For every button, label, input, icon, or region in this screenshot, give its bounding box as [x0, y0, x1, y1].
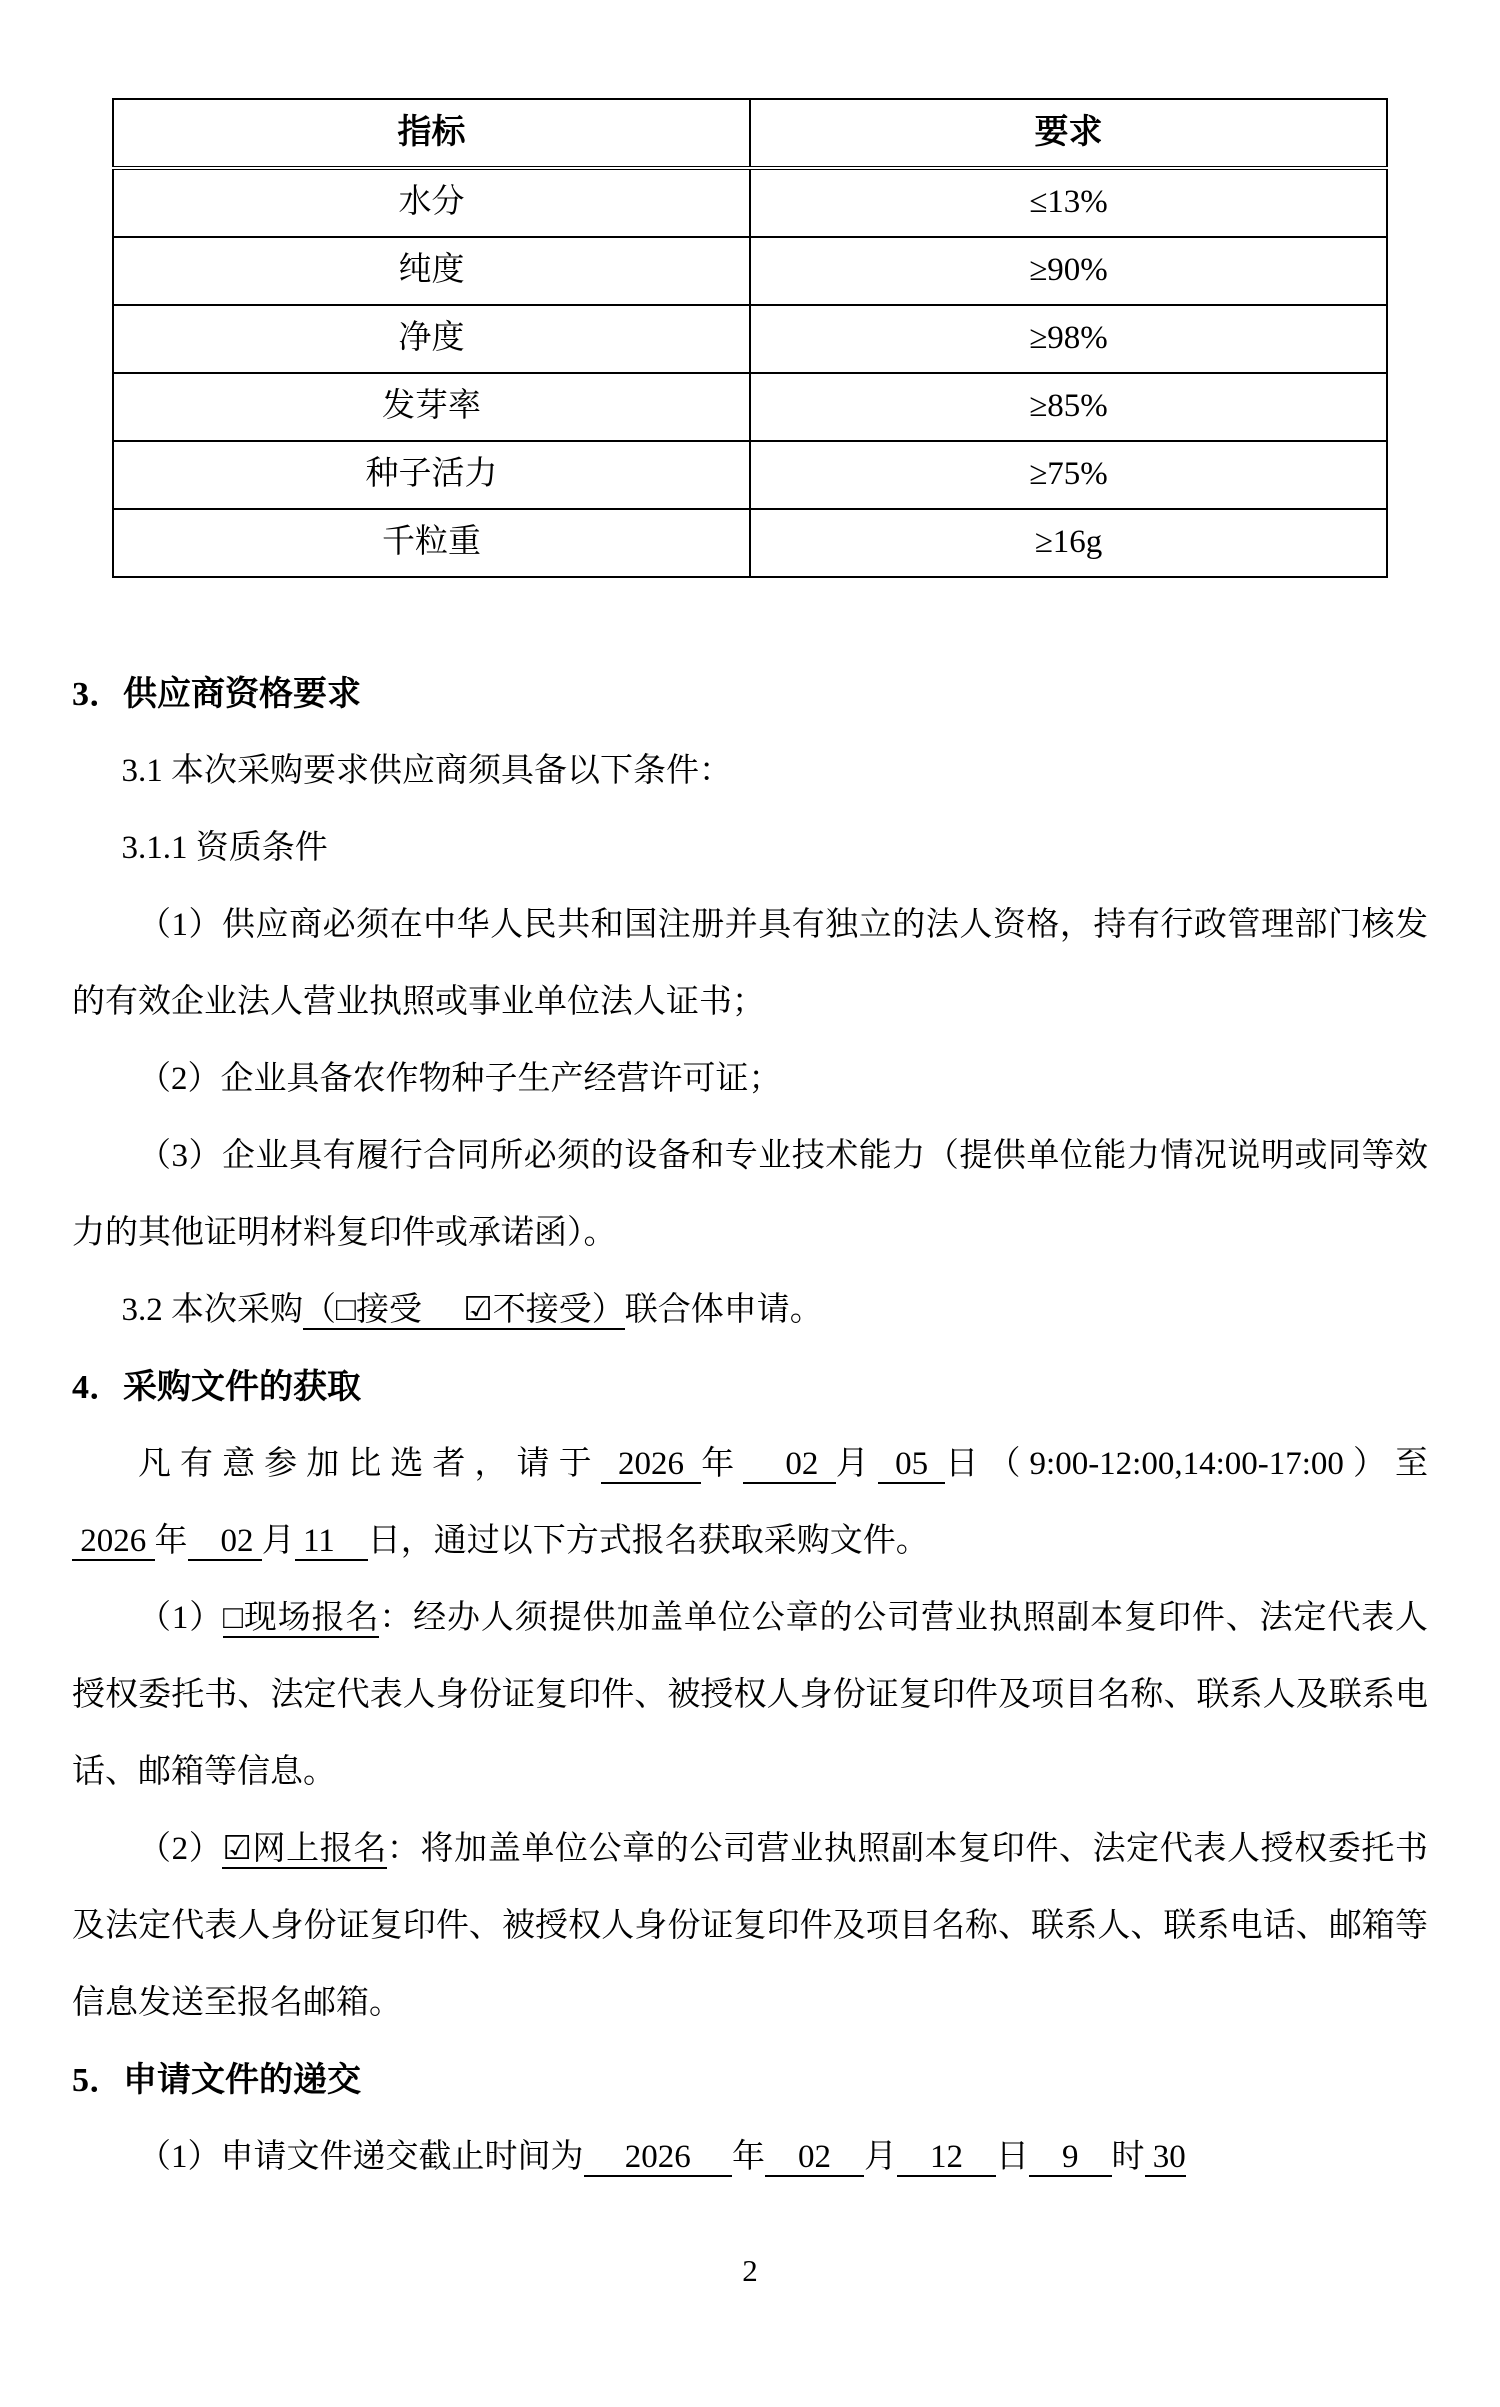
text-run: 月 — [864, 2139, 897, 2175]
spec-name-cell: 纯度 — [113, 237, 750, 305]
header-indicator: 指标 — [113, 99, 750, 168]
checkbox-checked-icon: ☑ — [463, 1292, 493, 1328]
blank-year-end: 2026 — [72, 1523, 155, 1561]
document-page: 指标 要求 水分 ≤13% 纯度 ≥90% 净度 ≥98% 发芽率 ≥85% 种… — [0, 0, 1500, 2407]
online-registration-underline: ☑网上报名 — [222, 1831, 387, 1869]
blank-deadline-day: 12 — [897, 2139, 996, 2177]
table-header-row: 指标 要求 — [113, 99, 1387, 168]
spec-name-cell: 种子活力 — [113, 441, 750, 509]
table-row: 纯度 ≥90% — [113, 237, 1387, 305]
section-3-heading: 3．供应商资格要求 — [72, 656, 1428, 733]
text-run: 月 — [262, 1523, 295, 1559]
spec-name-cell: 净度 — [113, 305, 750, 373]
text-run: 年 — [701, 1446, 743, 1482]
checkbox-unchecked-icon: □ — [336, 1292, 356, 1328]
spec-name-cell: 水分 — [113, 168, 750, 237]
para-3-1-item3: （3）企业具有履行合同所必须的设备和专业技术能力（提供单位能力情况说明或同等效力… — [72, 1118, 1428, 1272]
text-run: 日，通过以下方式报名获取采购文件。 — [368, 1523, 929, 1559]
blank-deadline-month: 02 — [765, 2139, 864, 2177]
text-run: 年 — [732, 2139, 765, 2175]
joint-bid-choice-underline: （□接受 ☑不接受） — [303, 1292, 625, 1330]
section-4-heading: 4．采购文件的获取 — [72, 1349, 1428, 1426]
para-3-1-1: 3.1.1 资质条件 — [72, 810, 1428, 887]
section-5-heading: 5．申请文件的递交 — [72, 2042, 1428, 2119]
text-run: （1）申请文件递交截止时间为 — [138, 2139, 584, 2175]
blank-year-start: 2026 — [601, 1446, 702, 1484]
blank-deadline-minute: 30 — [1145, 2139, 1186, 2177]
table-row: 水分 ≤13% — [113, 168, 1387, 237]
open-paren: （ — [303, 1292, 336, 1328]
spec-value-cell: ≥85% — [750, 373, 1387, 441]
header-requirement: 要求 — [750, 99, 1387, 168]
close-paren: ） — [592, 1292, 625, 1328]
item-number: （1） — [138, 1600, 223, 1636]
text-run: 日（9:00-12:00,14:00-17:00）至 — [945, 1446, 1428, 1482]
para-3-2-suffix: 联合体申请。 — [625, 1292, 823, 1328]
blank-day-start: 05 — [878, 1446, 946, 1484]
spec-name-cell: 发芽率 — [113, 373, 750, 441]
para-3-2: 3.2 本次采购（□接受 ☑不接受）联合体申请。 — [72, 1272, 1428, 1349]
table-row: 种子活力 ≥75% — [113, 441, 1387, 509]
blank-deadline-hour: 9 — [1029, 2139, 1112, 2177]
spec-value-cell: ≥16g — [750, 509, 1387, 577]
text-run: 日 — [996, 2139, 1029, 2175]
table-row: 千粒重 ≥16g — [113, 509, 1387, 577]
para-5-deadline: （1）申请文件递交截止时间为 2026 年 02 月 12 日 9 时 30 — [72, 2119, 1428, 2196]
blank-deadline-year: 2026 — [584, 2139, 733, 2177]
table-row: 发芽率 ≥85% — [113, 373, 1387, 441]
para-4-registration-period: 凡有意参加比选者，请于 2026 年 02 月 05 日（9:00-12:00,… — [72, 1426, 1428, 1580]
text-run: 月 — [836, 1446, 878, 1482]
para-4-online-registration: （2）☑网上报名：将加盖单位公章的公司营业执照副本复印件、法定代表人授权委托书及… — [72, 1811, 1428, 2042]
page-number: 2 — [72, 2251, 1428, 2291]
onsite-registration-underline: □现场报名 — [223, 1600, 379, 1638]
item-number: （2） — [138, 1831, 222, 1867]
para-3-1-item1: （1）供应商必须在中华人民共和国注册并具有独立的法人资格，持有行政管理部门核发的… — [72, 887, 1428, 1041]
spec-value-cell: ≥75% — [750, 441, 1387, 509]
onsite-registration-label: 现场报名 — [244, 1600, 379, 1636]
spec-table: 指标 要求 水分 ≤13% 纯度 ≥90% 净度 ≥98% 发芽率 ≥85% 种… — [112, 98, 1388, 578]
not-accept-label: 不接受 — [493, 1292, 592, 1328]
spec-value-cell: ≤13% — [750, 168, 1387, 237]
checkbox-unchecked-icon: □ — [223, 1600, 244, 1636]
online-registration-label: 网上报名 — [252, 1831, 387, 1867]
para-3-2-prefix: 3.2 本次采购 — [122, 1292, 304, 1328]
blank-month-start: 02 — [743, 1446, 835, 1484]
table-row: 净度 ≥98% — [113, 305, 1387, 373]
text-run: 时 — [1112, 2139, 1145, 2175]
text-run: 凡有意参加比选者，请于 — [138, 1446, 601, 1482]
para-3-1-item2: （2）企业具备农作物种子生产经营许可证； — [72, 1041, 1428, 1118]
choice-gap — [422, 1292, 463, 1328]
accept-label: 接受 — [356, 1292, 422, 1328]
para-4-onsite-registration: （1）□现场报名：经办人须提供加盖单位公章的公司营业执照副本复印件、法定代表人授… — [72, 1580, 1428, 1811]
blank-day-end: 11 — [295, 1523, 368, 1561]
spec-value-cell: ≥90% — [750, 237, 1387, 305]
spec-value-cell: ≥98% — [750, 305, 1387, 373]
text-run: 年 — [155, 1523, 188, 1559]
spec-name-cell: 千粒重 — [113, 509, 750, 577]
checkbox-checked-icon: ☑ — [222, 1831, 252, 1867]
blank-month-end: 02 — [188, 1523, 262, 1561]
para-3-1: 3.1 本次采购要求供应商须具备以下条件： — [72, 733, 1428, 810]
